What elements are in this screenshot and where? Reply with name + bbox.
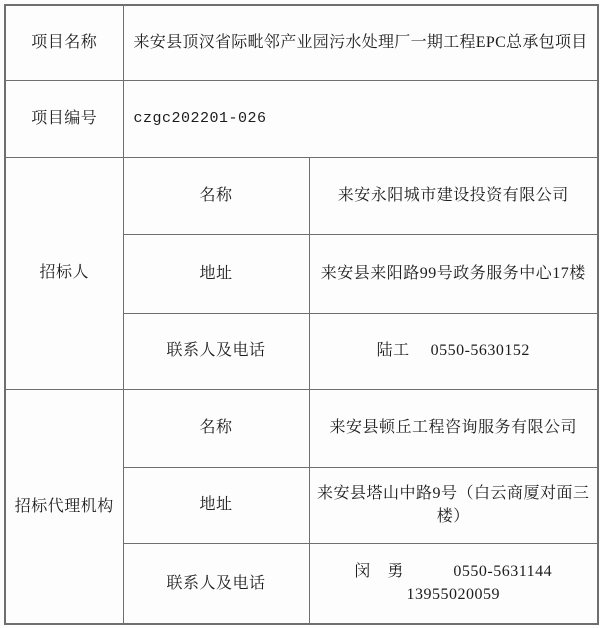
tenderer-address-value: 来安县来阳路99号政务服务中心17楼 (309, 234, 598, 313)
tenderer-section-label: 招标人 (5, 157, 123, 389)
table-row-agency-name: 招标代理机构 名称 来安县顿丘工程咨询服务有限公司 (5, 389, 598, 467)
agency-address-value: 来安县塔山中路9号（白云商厦对面三楼） (309, 467, 598, 543)
project-number-label: 项目编号 (5, 80, 123, 157)
agency-address-label: 地址 (123, 467, 309, 543)
table-row-project-name: 项目名称 来安县顶汊省际毗邻产业园污水处理厂一期工程EPC总承包项目 (5, 5, 598, 80)
tenderer-contact-label: 联系人及电话 (123, 313, 309, 389)
agency-contact-value: 闵 勇 0550-5631144 13955020059 (309, 543, 598, 624)
tenderer-address-label: 地址 (123, 234, 309, 313)
project-name-value: 来安县顶汊省际毗邻产业园污水处理厂一期工程EPC总承包项目 (123, 5, 598, 80)
tenderer-contact-value: 陆工 0550-5630152 (309, 313, 598, 389)
tenderer-name-value: 来安永阳城市建设投资有限公司 (309, 157, 598, 234)
tenderer-name-label: 名称 (123, 157, 309, 234)
table-row-project-number: 项目编号 czgc202201-026 (5, 80, 598, 157)
agency-section-label: 招标代理机构 (5, 389, 123, 624)
project-number-value: czgc202201-026 (123, 80, 598, 157)
agency-name-value: 来安县顿丘工程咨询服务有限公司 (309, 389, 598, 467)
table-row-tenderer-name: 招标人 名称 来安永阳城市建设投资有限公司 (5, 157, 598, 234)
project-name-label: 项目名称 (5, 5, 123, 80)
agency-name-label: 名称 (123, 389, 309, 467)
agency-contact-label: 联系人及电话 (123, 543, 309, 624)
project-info-table: 项目名称 来安县顶汊省际毗邻产业园污水处理厂一期工程EPC总承包项目 项目编号 … (4, 4, 599, 625)
